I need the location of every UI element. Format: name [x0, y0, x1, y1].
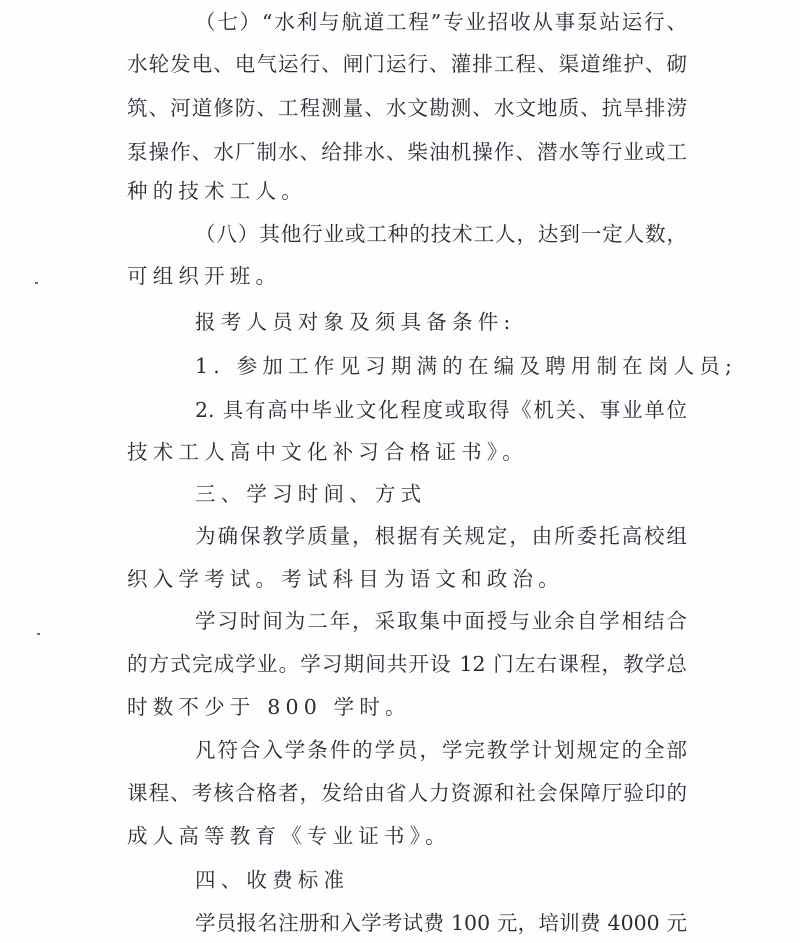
text-line: 为确保教学质量，根据有关规定，由所委托高校组 [195, 522, 687, 550]
text-line: 1. 参加工作见习期满的在编及聘用制在岗人员; [195, 352, 687, 380]
text-line: 时数不少于 800 学时。 [127, 693, 687, 721]
text-line: 学员报名注册和入学考试费 100 元，培训费 4000 元 [195, 909, 687, 937]
text-line: 水轮发电、电气运行、闸门运行、灌排工程、渠道维护、砌 [127, 50, 687, 78]
scan-mark [37, 633, 40, 635]
text-line: 筑、河道修防、工程测量、水文勘测、水文地质、抗旱排涝 [127, 94, 687, 122]
text-line: 学习时间为二年，采取集中面授与业余自学相结合 [195, 607, 687, 635]
text-line: 课程、考核合格者，发给由省人力资源和社会保障厅验印的 [127, 779, 687, 807]
text-line: 可组织开班。 [127, 262, 687, 290]
text-line: 三、学习时间、方式 [195, 480, 687, 508]
text-line: 报考人员对象及须具备条件: [195, 308, 687, 336]
text-line: 成人高等教育《专业证书》。 [127, 822, 687, 850]
text-line: 的方式完成学业。学习期间共开设 12 门左右课程，教学总 [127, 650, 687, 678]
text-line: （七）“水利与航道工程”专业招收从事泵站运行、 [195, 8, 687, 36]
text-line: 种的技术工人。 [127, 177, 687, 205]
text-line: 技术工人高中文化补习合格证书》。 [127, 438, 687, 466]
text-line: 2. 具有高中毕业文化程度或取得《机关、事业单位 [195, 396, 687, 424]
text-line: 织入学考试。考试科目为语文和政治。 [127, 565, 687, 593]
text-line: （八）其他行业或工种的技术工人，达到一定人数， [195, 220, 687, 248]
text-line: 凡符合入学条件的学员，学完教学计划规定的全部 [195, 736, 687, 764]
text-line: 泵操作、水厂制水、给排水、柴油机操作、潜水等行业或工 [127, 138, 687, 166]
scan-mark [35, 282, 38, 284]
text-line: 四、收费标准 [195, 866, 687, 894]
